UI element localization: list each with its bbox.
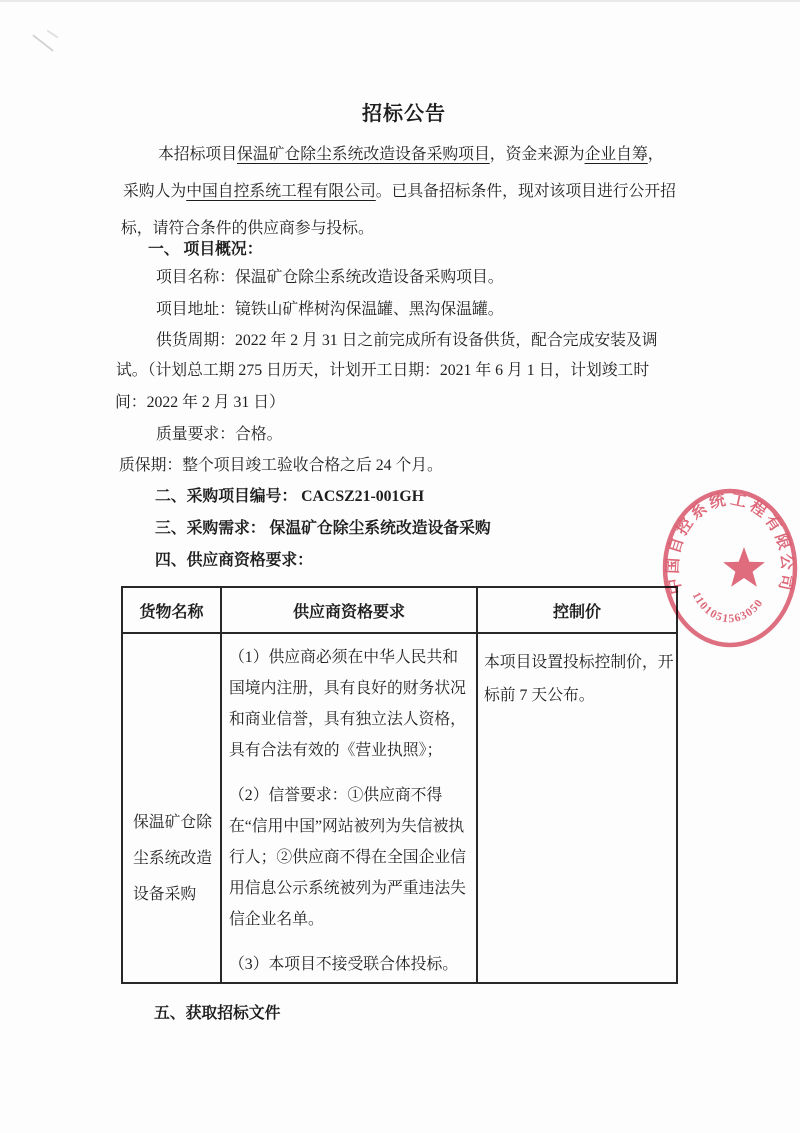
page-title: 招标公告 [362,103,446,125]
table-header-goods: 货物名称 [123,588,220,634]
supplier-requirements-table: 货物名称 供应商资格要求 控制价 保温矿仓除尘系统改造设备采购 （1）供应商必须… [121,586,678,984]
goods-name-text: 保温矿仓除尘系统改造设备采购 [133,805,215,913]
warranty-line: 质保期：整个项目竣工验收合格之后 24 个月。 [119,457,443,475]
seal-company-name: 中国自控系统工程有限公司 [663,489,797,596]
section-4-heading: 四、供应商资格要求： [155,552,313,570]
svg-text:中国自控系统工程有限公司: 中国自控系统工程有限公司 [663,489,797,596]
intro-line-3: 标，请符合条件的供应商参与投标。 [121,220,374,238]
scan-noise-mark [32,34,54,52]
intro-text: ，资金来源为 [490,146,585,163]
seal-ring [665,491,795,645]
project-name-underlined: 保温矿仓除尘系统改造设备采购项目 [237,146,490,163]
table-cell-goods: 保温矿仓除尘系统改造设备采购 [123,634,220,982]
intro-text: 本招标项目 [158,146,237,163]
intro-text: 。已具备招标条件，现对该项目进行公开招 [376,183,676,200]
supply-period-line-2: 试。（计划总工期 275 日历天，计划开工日期：2021 年 6 月 1 日，计… [116,362,649,380]
seal-registration-number: 1101051563050 [690,590,766,625]
svg-text:1101051563050: 1101051563050 [690,590,766,625]
section-2-heading: 二、采购项目编号： CACSZ21-001GH [155,488,424,506]
section-1-heading: 一、 项目概况： [148,241,263,259]
supply-period-line-1: 供货周期：2022 年 2 月 31 日之前完成所有设备供货，配合完成安装及调 [156,332,658,350]
document-page: 招标公告 本招标项目保温矿仓除尘系统改造设备采购项目，资金来源为企业自筹， 采购… [0,0,800,1133]
control-price-text: 本项目设置投标控制价，开标前 7 天公布。 [484,646,676,712]
intro-line-1: 本招标项目保温矿仓除尘系统改造设备采购项目，资金来源为企业自筹， [158,146,664,164]
requirement-item-2: （2）信誉要求：①供应商不得在“信用中国”网站被列为失信被执行人；②供应商不得在… [229,780,470,935]
project-name-line: 项目名称：保温矿仓除尘系统改造设备采购项目。 [156,269,504,287]
table-cell-control-price: 本项目设置投标控制价，开标前 7 天公布。 [476,634,676,982]
table-header-control-price: 控制价 [476,588,676,634]
section-5-heading: 五、获取招标文件 [154,1005,280,1023]
purchaser-name-underlined: 中国自控系统工程有限公司 [186,183,376,200]
intro-line-2: 采购人为中国自控系统工程有限公司。已具备招标条件，现对该项目进行公开招 [123,183,676,201]
table-cell-requirements: （1）供应商必须在中华人民共和国境内注册，具有良好的财务状况和商业信誉，具有独立… [220,634,476,982]
scan-noise-mark [47,30,59,39]
table-header-requirements: 供应商资格要求 [220,588,476,634]
requirement-item-3: （3）本项目不接受联合体投标。 [229,949,470,980]
funding-source-underlined: 企业自筹 [585,146,648,163]
seal-star-icon [723,547,765,587]
intro-text: 标，请符合条件的供应商参与投标。 [121,220,374,237]
requirement-item-1: （1）供应商必须在中华人民共和国境内注册，具有良好的财务状况和商业信誉，具有独立… [229,642,470,766]
quality-requirement-line: 质量要求：合格。 [156,426,282,444]
intro-text: ， [648,146,664,163]
section-3-heading: 三、采购需求： 保温矿仓除尘系统改造设备采购 [155,520,491,538]
project-address-line: 项目地址：镜铁山矿桦树沟保温罐、黑沟保温罐。 [156,301,504,319]
intro-text: 采购人为 [123,183,186,200]
supply-period-line-3: 间：2022 年 2 月 31 日） [115,394,285,412]
